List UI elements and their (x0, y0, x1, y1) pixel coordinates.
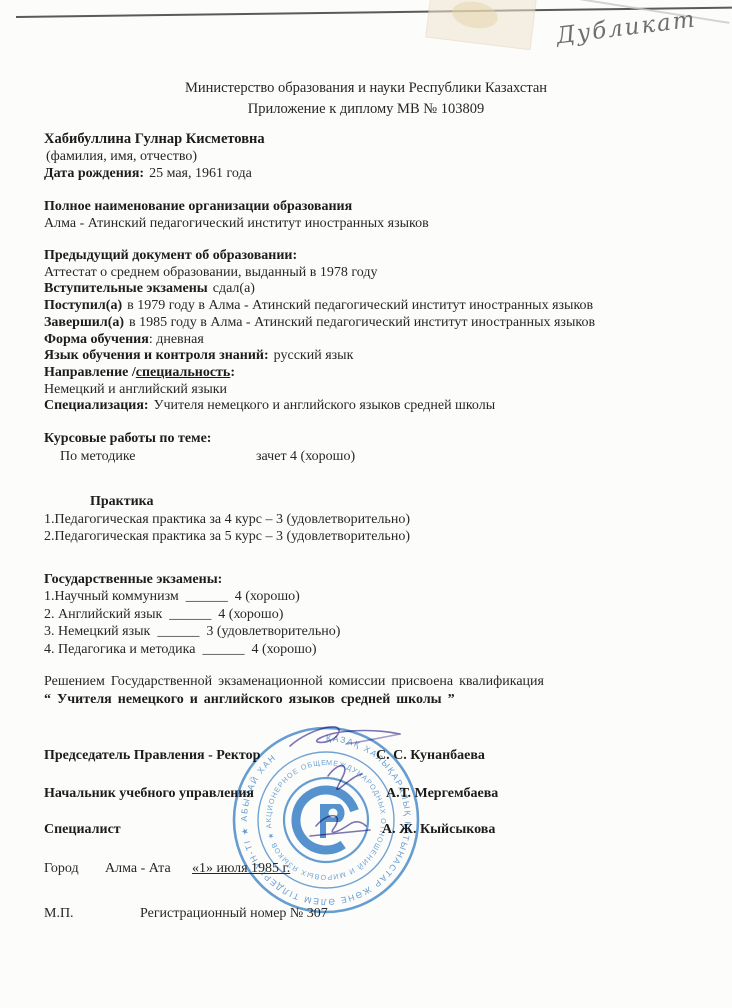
person-block: Хабибуллина Гулнар Кисметовна (фамилия, … (44, 131, 265, 182)
birth-date-value: 25 мая, 1961 года (149, 166, 252, 181)
enrolled-label: Поступил(а) (44, 298, 122, 313)
exam-blank: ______ (186, 589, 228, 604)
birth-date-line: Дата рождения:25 мая, 1961 года (44, 165, 265, 182)
exam-name: 1.Научный коммунизм (44, 589, 179, 604)
qualification-line2: “ Учителя немецкого и английского языков… (44, 691, 684, 709)
prev-doc-label: Предыдущий документ об образовании: (44, 248, 694, 265)
exam-name: 2. Английский язык (44, 607, 162, 622)
entrance-exams-value: сдал(а) (213, 281, 255, 296)
finished-label: Завершил(а) (44, 315, 124, 330)
practice-title: Практика (44, 493, 410, 511)
city-label: Город (44, 861, 79, 876)
document-header: Министерство образования и науки Республ… (0, 78, 732, 120)
seal-place-label: М.П. (44, 906, 74, 921)
language-line: Язык обучения и контроля знаний:русский … (44, 348, 694, 365)
exam-row: 1.Научный коммунизм______4 (хорошо) (44, 588, 340, 605)
diploma-supplement-page: Дубликат Министерство образования и наук… (0, 0, 732, 1008)
state-exams-block: Государственные экзамены: 1.Научный комм… (44, 571, 340, 658)
specialization-label: Специализация: (44, 398, 149, 413)
city-value: Алма - Ата (105, 861, 171, 878)
direction-label-underlined: специальность (136, 365, 231, 380)
direction-colon: : (230, 365, 235, 380)
qualification-line1: Решением Государственной экзаменационной… (44, 673, 684, 691)
supplement-title: Приложение к диплому МВ № 103809 (0, 99, 732, 120)
specialization-line: Специализация:Учителя немецкого и англий… (44, 398, 694, 415)
exam-blank: ______ (169, 607, 211, 622)
issue-date: «1» июля 1985 г. (192, 861, 290, 878)
registration-number: Регистрационный номер № 307 (140, 906, 328, 923)
exam-row: 4. Педагогика и методика______4 (хорошо) (44, 641, 340, 658)
exam-name: 3. Немецкий язык (44, 624, 150, 639)
entrance-exams-label: Вступительные экзамены (44, 281, 208, 296)
qualification-block: Решением Государственной экзаменационной… (44, 673, 684, 708)
coursework-subject: По методике (44, 448, 256, 466)
enrolled-value: в 1979 году в Алма - Атинский педагогиче… (127, 298, 593, 313)
finished-value: в 1985 году в Алма - Атинский педагогиче… (129, 315, 595, 330)
exam-grade: 3 (удовлетворительно) (206, 624, 340, 639)
organization-block: Полное наименование организации образова… (44, 198, 429, 232)
prev-doc-value: Аттестат о среднем образовании, выданный… (44, 265, 694, 282)
signature-stroke-1 (290, 727, 400, 746)
study-form-label: Форма обучения (44, 332, 149, 347)
exam-name: 4. Педагогика и методика (44, 642, 195, 657)
signature-stroke-3-underline (310, 830, 370, 836)
study-form-line: Форма обучения: дневная (44, 332, 694, 349)
person-name: Хабибуллина Гулнар Кисметовна (44, 131, 265, 148)
coursework-title: Курсовые работы по теме: (44, 430, 355, 448)
organization-label: Полное наименование организации образова… (44, 198, 429, 215)
entrance-exams-line: Вступительные экзаменысдал(а) (44, 281, 694, 298)
signature-ink-strokes (250, 718, 470, 868)
study-form-value: : дневная (149, 332, 204, 347)
education-block: Предыдущий документ об образовании: Атте… (44, 248, 694, 415)
exam-grade: 4 (хорошо) (235, 589, 300, 604)
coursework-block: Курсовые работы по теме: По методикезаче… (44, 430, 355, 465)
specialization-value: Учителя немецкого и английского языков с… (154, 398, 496, 413)
exam-row: 3. Немецкий язык______3 (удовлетворитель… (44, 623, 340, 640)
signature-title: Начальник учебного управления (44, 786, 254, 801)
signature-stroke-3 (316, 816, 366, 833)
name-hint: (фамилия, имя, отчество) (44, 148, 265, 165)
signature-stroke-2 (328, 766, 362, 790)
language-value: русский язык (274, 348, 354, 363)
practice-block: Практика 1.Педагогическая практика за 4 … (44, 493, 410, 546)
exam-blank: ______ (157, 624, 199, 639)
language-label: Язык обучения и контроля знаний: (44, 348, 269, 363)
city-date-row: Город Алма - Ата «1» июля 1985 г. (44, 861, 644, 878)
birth-date-label: Дата рождения: (44, 166, 144, 181)
exam-grade: 4 (хорошо) (251, 642, 316, 657)
exam-row: 2. Английский язык______4 (хорошо) (44, 606, 340, 623)
exam-grade: 4 (хорошо) (218, 607, 283, 622)
registration-row: М.П. Регистрационный номер № 307 (44, 906, 644, 923)
ministry-title: Министерство образования и науки Республ… (0, 78, 732, 99)
coursework-grade: зачет 4 (хорошо) (256, 449, 355, 464)
organization-value: Алма - Атинский педагогический институт … (44, 215, 429, 232)
exam-blank: ______ (202, 642, 244, 657)
enrolled-line: Поступил(а)в 1979 году в Алма - Атинский… (44, 298, 694, 315)
practice-item: 2.Педагогическая практика за 5 курс – 3 … (44, 528, 410, 546)
coursework-row: По методикезачет 4 (хорошо) (44, 448, 355, 466)
direction-label: Направление / (44, 365, 136, 380)
direction-value: Немецкий и английский языки (44, 382, 694, 399)
direction-line: Направление /специальность: (44, 365, 694, 382)
practice-item: 1.Педагогическая практика за 4 курс – 3 … (44, 511, 410, 529)
finished-line: Завершил(а)в 1985 году в Алма - Атинский… (44, 315, 694, 332)
state-exams-title: Государственные экзамены: (44, 571, 340, 588)
signature-title: Специалист (44, 822, 121, 837)
